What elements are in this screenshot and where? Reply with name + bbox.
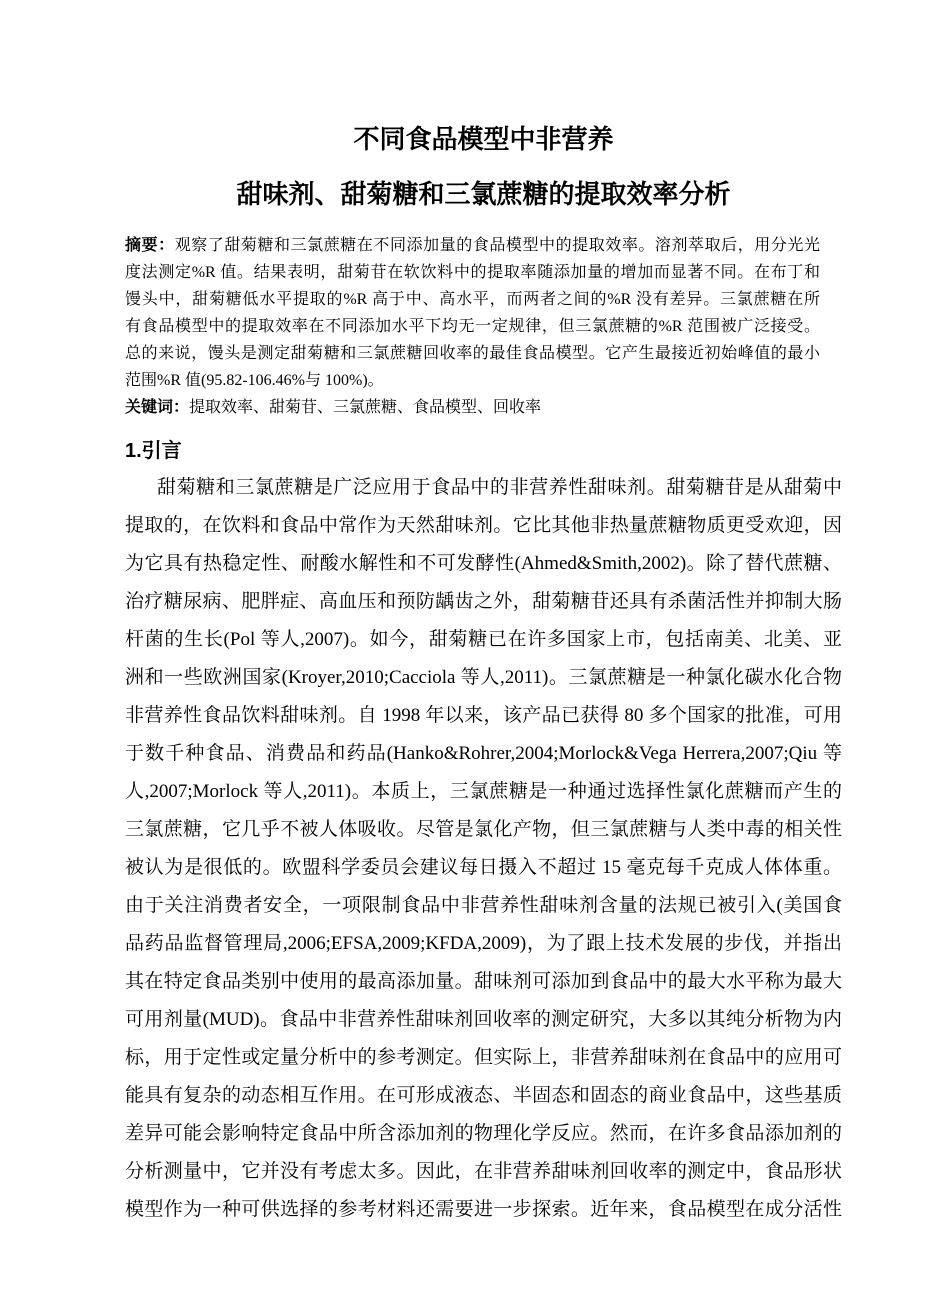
abstract-line: 有食品模型中的提取效率在不同添加水平下均无一定规律，但三氯蔗糖的%R 范围被广泛… xyxy=(125,313,820,340)
intro-line: 能具有复杂的动态相互作用。在可形成液态、半固态和固态的商业食品中，这些基质 xyxy=(125,1077,842,1115)
intro-line: 分析测量中，它并没有考虑太多。因此，在非营养甜味剂回收率的测定中，食品形状 xyxy=(125,1153,842,1191)
keywords-line: 关键词：提取效率、甜菊苷、三氯蔗糖、食品模型、回收率 xyxy=(125,394,820,421)
paper-title: 不同食品模型中非营养 甜味剂、甜菊糖和三氯蔗糖的提取效率分析 xyxy=(125,112,842,222)
paper-title-line-1: 不同食品模型中非营养 xyxy=(125,112,842,167)
intro-line: 品药品监督管理局,2006;EFSA,2009;KFDA,2009)，为了跟上技… xyxy=(125,925,842,963)
abstract-line: 摘要：观察了甜菊糖和三氯蔗糖在不同添加量的食品模型中的提取效率。溶剂萃取后，用分… xyxy=(125,232,820,259)
intro-line: 非营养性食品饮料甜味剂。自 1998 年以来，该产品已获得 80 多个国家的批准… xyxy=(125,697,842,735)
intro-line: 被认为是很低的。欧盟科学委员会建议每日摄入不超过 15 毫克每千克成人体体重。 xyxy=(125,849,842,887)
intro-line: 为它具有热稳定性、耐酸水解性和不可发酵性(Ahmed&Smith,2002)。除… xyxy=(125,545,842,583)
intro-line: 人,2007;Morlock 等人,2011)。本质上，三氯蔗糖是一种通过选择性… xyxy=(125,773,842,811)
intro-line: 甜菊糖和三氯蔗糖是广泛应用于食品中的非营养性甜味剂。甜菊糖苷是从甜菊中 xyxy=(125,469,842,507)
intro-line: 杆菌的生长(Pol 等人,2007)。如今，甜菊糖已在许多国家上市，包括南美、北… xyxy=(125,621,842,659)
introduction-paragraph: 甜菊糖和三氯蔗糖是广泛应用于食品中的非营养性甜味剂。甜菊糖苷是从甜菊中 提取的，… xyxy=(125,469,842,1229)
abstract-section: 摘要：观察了甜菊糖和三氯蔗糖在不同添加量的食品模型中的提取效率。溶剂萃取后，用分… xyxy=(125,232,820,421)
abstract-text: 观察了甜菊糖和三氯蔗糖在不同添加量的食品模型中的提取效率。溶剂萃取后，用分光光 xyxy=(175,237,820,254)
page-content: 不同食品模型中非营养 甜味剂、甜菊糖和三氯蔗糖的提取效率分析 摘要：观察了甜菊糖… xyxy=(0,0,925,1229)
keywords-text: 提取效率、甜菊苷、三氯蔗糖、食品模型、回收率 xyxy=(189,399,541,416)
intro-line: 差异可能会影响特定食品中所含添加剂的物理化学反应。然而，在许多食品添加剂的 xyxy=(125,1115,842,1153)
intro-line: 由于关注消费者安全，一项限制食品中非营养性甜味剂含量的法规已被引入(美国食 xyxy=(125,887,842,925)
section-heading-introduction: 1.引言 xyxy=(125,437,842,465)
intro-line: 模型作为一种可供选择的参考材料还需要进一步探索。近年来，食品模型在成分活性 xyxy=(125,1191,842,1229)
abstract-line: 度法测定%R 值。结果表明，甜菊苷在软饮料中的提取率随添加量的增加而显著不同。在… xyxy=(125,259,820,286)
abstract-line: 馒头中，甜菊糖低水平提取的%R 高于中、高水平，而两者之间的%R 没有差异。三氯… xyxy=(125,286,820,313)
intro-line: 提取的，在饮料和食品中常作为天然甜味剂。它比其他非热量蔗糖物质更受欢迎，因 xyxy=(125,507,842,545)
document-page: 不同食品模型中非营养 甜味剂、甜菊糖和三氯蔗糖的提取效率分析 摘要：观察了甜菊糖… xyxy=(0,0,925,1309)
intro-line: 标，用于定性或定量分析中的参考测定。但实际上，非营养甜味剂在食品中的应用可 xyxy=(125,1039,842,1077)
paper-title-line-2: 甜味剂、甜菊糖和三氯蔗糖的提取效率分析 xyxy=(125,167,842,222)
intro-line: 洲和一些欧洲国家(Kroyer,2010;Cacciola 等人,2011)。三… xyxy=(125,659,842,697)
intro-line: 三氯蔗糖，它几乎不被人体吸收。尽管是氯化产物，但三氯蔗糖与人类中毒的相关性 xyxy=(125,811,842,849)
intro-line: 其在特定食品类别中使用的最高添加量。甜味剂可添加到食品中的最大水平称为最大 xyxy=(125,963,842,1001)
abstract-line: 总的来说，馒头是测定甜菊糖和三氯蔗糖回收率的最佳食品模型。它产生最接近初始峰值的… xyxy=(125,340,820,367)
keywords-label: 关键词： xyxy=(125,399,189,416)
intro-line: 可用剂量(MUD)。食品中非营养性甜味剂回收率的测定研究，大多以其纯分析物为内 xyxy=(125,1001,842,1039)
intro-line: 于数千种食品、消费品和药品(Hanko&Rohrer,2004;Morlock&… xyxy=(125,735,842,773)
abstract-label: 摘要： xyxy=(125,237,175,254)
abstract-line: 范围%R 值(95.82-106.46%与 100%)。 xyxy=(125,367,820,394)
intro-line: 治疗糖尿病、肥胖症、高血压和预防龋齿之外，甜菊糖苷还具有杀菌活性并抑制大肠 xyxy=(125,583,842,621)
